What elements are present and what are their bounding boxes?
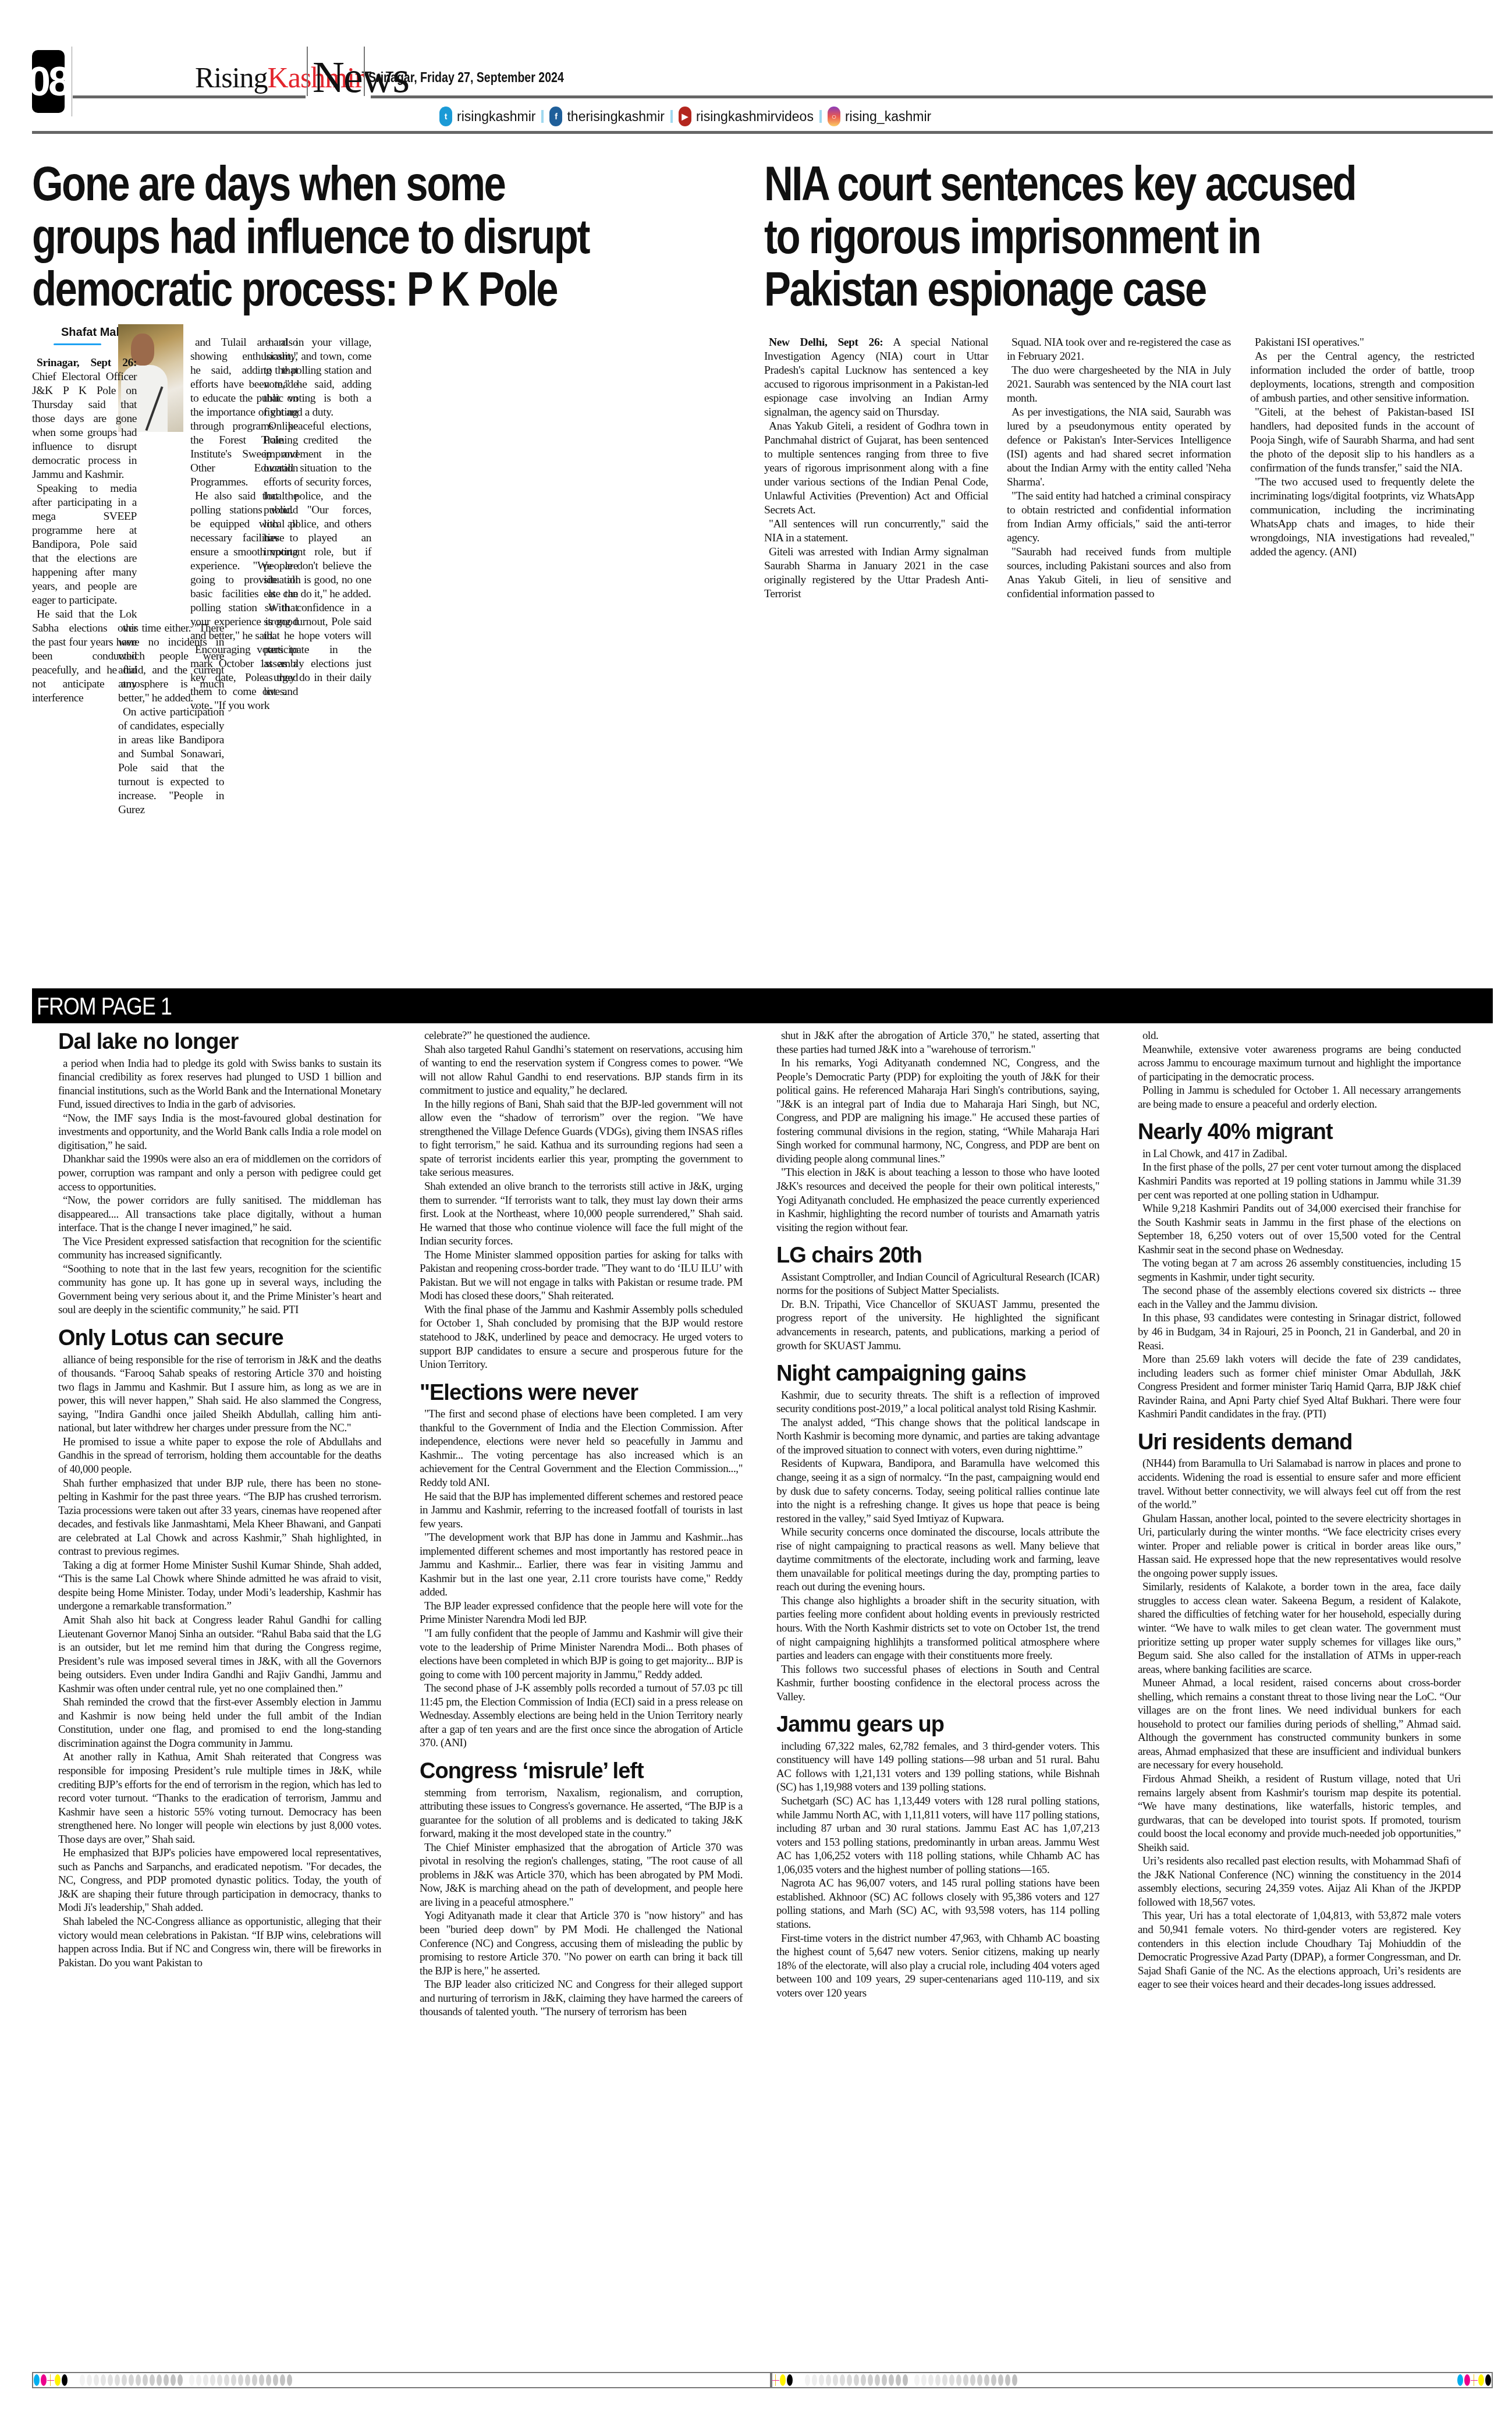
paragraph: On peaceful elections, Pole credited the… xyxy=(264,420,371,601)
paragraph: Shah also targeted Rahul Gandhi’s statem… xyxy=(420,1043,743,1098)
gray-scale-strip xyxy=(805,2374,1017,2386)
article-pk-pole: Gone are days when some groups had influ… xyxy=(32,157,754,315)
article-column: New Delhi, Sept 26: A special National I… xyxy=(764,336,988,601)
paragraph: Meanwhile, extensive voter awareness pro… xyxy=(1138,1043,1461,1084)
paragraph: In the first phase of the polls, 27 per … xyxy=(1138,1161,1461,1202)
print-registration-bar xyxy=(771,2372,1493,2388)
paragraph: More than 25.69 lakh voters will decide … xyxy=(1138,1353,1461,1421)
facebook-icon: f xyxy=(549,107,562,126)
paragraph: "The two accused used to frequently dele… xyxy=(1250,476,1474,559)
paragraph: At another rally in Kathua, Amit Shah re… xyxy=(58,1750,381,1846)
cyan-dot xyxy=(1457,2374,1463,2386)
paragraph: In this phase, 93 candidates were contes… xyxy=(1138,1311,1461,1353)
paragraph: He emphasized that BJP's policies have e… xyxy=(58,1846,381,1915)
social-handle: risingkashmir xyxy=(457,109,535,125)
paragraph: "The development work that BJP has done … xyxy=(420,1531,743,1600)
dateline: Srinagar, Friday 27, September 2024 xyxy=(368,70,564,86)
paragraph: The second phase of the assembly electio… xyxy=(1138,1284,1461,1311)
black-dot xyxy=(1485,2374,1491,2386)
jump-headline-congress-misrule[interactable]: Congress ‘misrule’ left xyxy=(420,1758,743,1785)
black-dot xyxy=(62,2374,68,2386)
paragraph: New Delhi, Sept 26: A special National I… xyxy=(764,336,988,420)
jump-headline-only-lotus[interactable]: Only Lotus can secure xyxy=(58,1325,381,1352)
article-nia-court: NIA court sentences key accused to rigor… xyxy=(764,157,1492,315)
paragraph: The second phase of J-K assembly polls r… xyxy=(420,1682,743,1750)
brand-rising: Rising xyxy=(195,61,268,94)
paragraph: Residents of Kupwara, Bandipora, and Bar… xyxy=(776,1457,1099,1526)
headline-line: NIA court sentences key accused xyxy=(764,157,1361,210)
paragraph: This follows two successful phases of el… xyxy=(776,1663,1099,1704)
jump-column-4: old. Meanwhile, extensive voter awarenes… xyxy=(1138,1029,1461,1992)
paragraph: The duo were chargesheeted by the NIA in… xyxy=(1007,364,1231,406)
divider xyxy=(364,47,365,96)
magenta-dot xyxy=(1464,2374,1470,2386)
paragraph: Assistant Comptroller, and Indian Counci… xyxy=(776,1271,1099,1298)
paragraph: a period when India had to pledge its go… xyxy=(58,1057,381,1112)
paragraph: This change also highlights a broader sh… xyxy=(776,1594,1099,1663)
paragraph: Shah extended an olive branch to the ter… xyxy=(420,1180,743,1249)
paragraph: Suchetgarh (SC) AC has 1,13,449 voters w… xyxy=(776,1795,1099,1877)
paragraph-text: A special National Investigation Agency … xyxy=(764,336,988,419)
paragraph: Amit Shah also hit back at Congress lead… xyxy=(58,1614,381,1696)
divider xyxy=(541,110,544,123)
paragraph: The Chief Minister emphasized that the a… xyxy=(420,1841,743,1910)
yellow-dot xyxy=(55,2374,61,2386)
paragraph: (NH44) from Baramulla to Uri Salamabad i… xyxy=(1138,1457,1461,1512)
twitter-icon: t xyxy=(439,107,452,126)
youtube-icon: ▶ xyxy=(679,107,691,126)
paragraph: "Giteli, at the behest of Pakistan-based… xyxy=(1250,406,1474,476)
paragraph: celebrate?” he questioned the audience. xyxy=(420,1029,743,1043)
social-youtube[interactable]: ▶ risingkashmirvideos xyxy=(679,107,814,126)
magenta-dot xyxy=(41,2374,47,2386)
headline: Gone are days when some groups had influ… xyxy=(32,157,624,315)
paragraph: Squad. NIA took over and re-registered t… xyxy=(1007,336,1231,364)
paragraph: Shah labeled the NC-Congress alliance as… xyxy=(58,1915,381,1970)
jump-column-3: shut in J&K after the abrogation of Arti… xyxy=(776,1029,1099,2000)
paragraph: While security concerns once dominated t… xyxy=(776,1526,1099,1594)
paragraph: shut in J&K after the abrogation of Arti… xyxy=(776,1029,1099,1056)
paragraph: As per the Central agency, the restricte… xyxy=(1250,350,1474,406)
paragraph: "I am fully confident that the people of… xyxy=(420,1627,743,1682)
paragraph: Uri’s residents also recalled past elect… xyxy=(1138,1854,1461,1909)
jump-headline-jammu-gears-up[interactable]: Jammu gears up xyxy=(776,1712,1099,1739)
registration-mark-icon xyxy=(47,2374,54,2386)
paragraph: On active participation of candidates, e… xyxy=(118,705,224,817)
jump-headline-elections-were-never[interactable]: "Elections were never xyxy=(420,1380,743,1407)
paragraph: He promised to issue a white paper to ex… xyxy=(58,1435,381,1477)
paragraph: Polling in Jammu is scheduled for Octobe… xyxy=(1138,1084,1461,1111)
paragraph: Anas Yakub Giteli, a resident of Godhra … xyxy=(764,420,988,517)
paragraph: old. xyxy=(1138,1029,1461,1043)
paragraph: alliance of being responsible for the ri… xyxy=(58,1353,381,1435)
paragraph: In the hilly regions of Bani, Shah said … xyxy=(420,1098,743,1180)
jump-column-2: celebrate?” he questioned the audience. … xyxy=(420,1029,743,2019)
social-handle: rising_kashmir xyxy=(845,109,931,125)
social-twitter[interactable]: t risingkashmir xyxy=(439,107,535,126)
paragraph: The Vice President expressed satisfactio… xyxy=(58,1235,381,1263)
yellow-dot xyxy=(780,2374,786,2386)
paragraph: This year, Uri has a total electorate of… xyxy=(1138,1909,1461,1991)
paragraph: The Home Minister slammed opposition par… xyxy=(420,1249,743,1303)
jump-headline-uri-residents[interactable]: Uri residents demand xyxy=(1138,1430,1461,1456)
paragraph: in Lal Chowk, and 417 in Zadibal. xyxy=(1138,1147,1461,1161)
paragraph: The BJP leader also criticized NC and Co… xyxy=(420,1978,743,2019)
divider xyxy=(670,110,673,123)
paragraph: As per investigations, the NIA said, Sau… xyxy=(1007,406,1231,490)
divider xyxy=(307,47,308,96)
registration-mark-icon xyxy=(772,2374,779,2386)
paragraph: With the final phase of the Jammu and Ka… xyxy=(420,1303,743,1372)
black-dot xyxy=(787,2374,793,2386)
paragraph: Pakistani ISI operatives." xyxy=(1250,336,1474,350)
divider xyxy=(189,95,306,98)
section-bar-label: FROM PAGE 1 xyxy=(37,992,172,1020)
paragraph: "This election in J&K is about teaching … xyxy=(776,1166,1099,1235)
paragraph: Shah further emphasized that under BJP r… xyxy=(58,1477,381,1559)
print-registration-bar xyxy=(32,2372,771,2388)
instagram-icon: ○ xyxy=(828,107,840,126)
paragraph: He said that the BJP has implemented dif… xyxy=(420,1490,743,1531)
paragraph: First-time voters in the district number… xyxy=(776,1932,1099,2001)
headline-line: Pakistan espionage case xyxy=(764,263,1361,315)
jump-headline-night-campaigning[interactable]: Night campaigning gains xyxy=(776,1361,1099,1388)
divider xyxy=(73,95,189,98)
paragraph: Shah reminded the crowd that the first-e… xyxy=(58,1696,381,1750)
paragraph: While 9,218 Kashmiri Pandits out of 34,0… xyxy=(1138,1202,1461,1257)
registration-mark-icon xyxy=(1471,2374,1478,2386)
paragraph: Kashmir, due to security threats. The sh… xyxy=(776,1389,1099,1416)
headline-line: to rigorous imprisonment in xyxy=(764,210,1361,263)
section-bar-from-page-1: FROM PAGE 1 xyxy=(32,988,1493,1023)
social-instagram[interactable]: ○ rising_kashmir xyxy=(828,107,931,126)
social-handles: t risingkashmir f therisingkashmir ▶ ris… xyxy=(439,107,931,126)
paragraph: Taking a dig at former Home Minister Sus… xyxy=(58,1559,381,1614)
jump-column-1: Dal lake no longer a period when India h… xyxy=(58,1029,381,1970)
paragraph: Muneer Ahmad, a local resident, raised c… xyxy=(1138,1676,1461,1772)
social-handle: risingkashmirvideos xyxy=(696,109,814,125)
paragraph: Firdous Ahmad Sheikh, a resident of Rust… xyxy=(1138,1772,1461,1854)
article-column: hard in your village, locality, and town… xyxy=(264,336,371,699)
gray-scale-strip xyxy=(80,2374,292,2386)
paragraph: In his remarks, Yogi Adityanath condemne… xyxy=(776,1056,1099,1166)
paragraph: Nagrota AC has 96,007 voters, and 145 ru… xyxy=(776,1877,1099,1931)
paragraph: Yogi Adityanath made it clear that Artic… xyxy=(420,1909,743,1978)
jump-headline-dal-lake[interactable]: Dal lake no longer xyxy=(58,1029,381,1056)
paragraph: Giteli was arrested with Indian Army sig… xyxy=(764,545,988,601)
cyan-dot xyxy=(34,2374,40,2386)
paragraph: Similarly, residents of Kalakote, a bord… xyxy=(1138,1580,1461,1676)
paragraph: The BJP leader expressed confidence that… xyxy=(420,1600,743,1627)
dateline-lead: New Delhi, Sept 26: xyxy=(769,336,883,349)
paragraph: Dr. B.N. Tripathi, Vice Chancellor of SK… xyxy=(776,1298,1099,1353)
paragraph: “Now, the power corridors are fully sani… xyxy=(58,1194,381,1235)
paragraph: "All sentences will run concurrently," s… xyxy=(764,517,988,545)
paragraph: Dhankhar said the 1990s were also an era… xyxy=(58,1153,381,1194)
paragraph: Ghulam Hassan, another local, pointed to… xyxy=(1138,1512,1461,1581)
divider xyxy=(819,110,822,123)
paragraph: "The first and second phase of elections… xyxy=(420,1407,743,1490)
paragraph: “Now, the IMF says India is the most-fav… xyxy=(58,1112,381,1153)
paragraph: hard in your village, locality, and town… xyxy=(264,336,371,420)
paragraph: Speaking to media after participating in… xyxy=(32,482,137,608)
page-number: 08 xyxy=(32,50,65,113)
paragraph: The voting began at 7 am across 26 assem… xyxy=(1138,1257,1461,1284)
paragraph: stemming from terrorism, Naxalism, regio… xyxy=(420,1786,743,1841)
jump-headline-nearly-40-migrant[interactable]: Nearly 40% migrant xyxy=(1138,1119,1461,1146)
divider xyxy=(32,131,1493,134)
article-column: Pakistani ISI operatives." As per the Ce… xyxy=(1250,336,1474,559)
jump-headline-lg-chairs[interactable]: LG chairs 20th xyxy=(776,1243,1099,1270)
paragraph-text: Chief Electoral Officer J&K P K Pole on … xyxy=(32,371,137,481)
paragraph: "Saurabh had received funds from multipl… xyxy=(1007,545,1231,601)
yellow-dot xyxy=(1478,2374,1484,2386)
byline-underline xyxy=(54,343,101,345)
divider xyxy=(371,95,1493,98)
masthead: 08 RisingKashmir News Srinagar, Friday 2… xyxy=(32,47,1493,134)
article-column: Squad. NIA took over and re-registered t… xyxy=(1007,336,1231,601)
dateline-lead: Srinagar, Sept 26: xyxy=(37,357,137,369)
divider xyxy=(72,47,72,116)
headline-line: democratic process: P K Pole xyxy=(32,263,624,315)
paragraph: "The said entity had hatched a criminal … xyxy=(1007,490,1231,545)
headline-line: Gone are days when some xyxy=(32,157,624,210)
headline: NIA court sentences key accused to rigor… xyxy=(764,157,1361,315)
social-facebook[interactable]: f therisingkashmir xyxy=(549,107,664,126)
paragraph: With confidence in a strong turnout, Pol… xyxy=(264,601,371,699)
social-handle: therisingkashmir xyxy=(567,109,664,125)
paragraph: including 67,322 males, 62,782 females, … xyxy=(776,1740,1099,1795)
paragraph: The analyst added, “This change shows th… xyxy=(776,1416,1099,1458)
paragraph: Srinagar, Sept 26: Chief Electoral Offic… xyxy=(32,356,137,482)
paragraph: “Soothing to note that in the last few y… xyxy=(58,1263,381,1317)
headline-line: groups had influence to disrupt xyxy=(32,210,624,263)
